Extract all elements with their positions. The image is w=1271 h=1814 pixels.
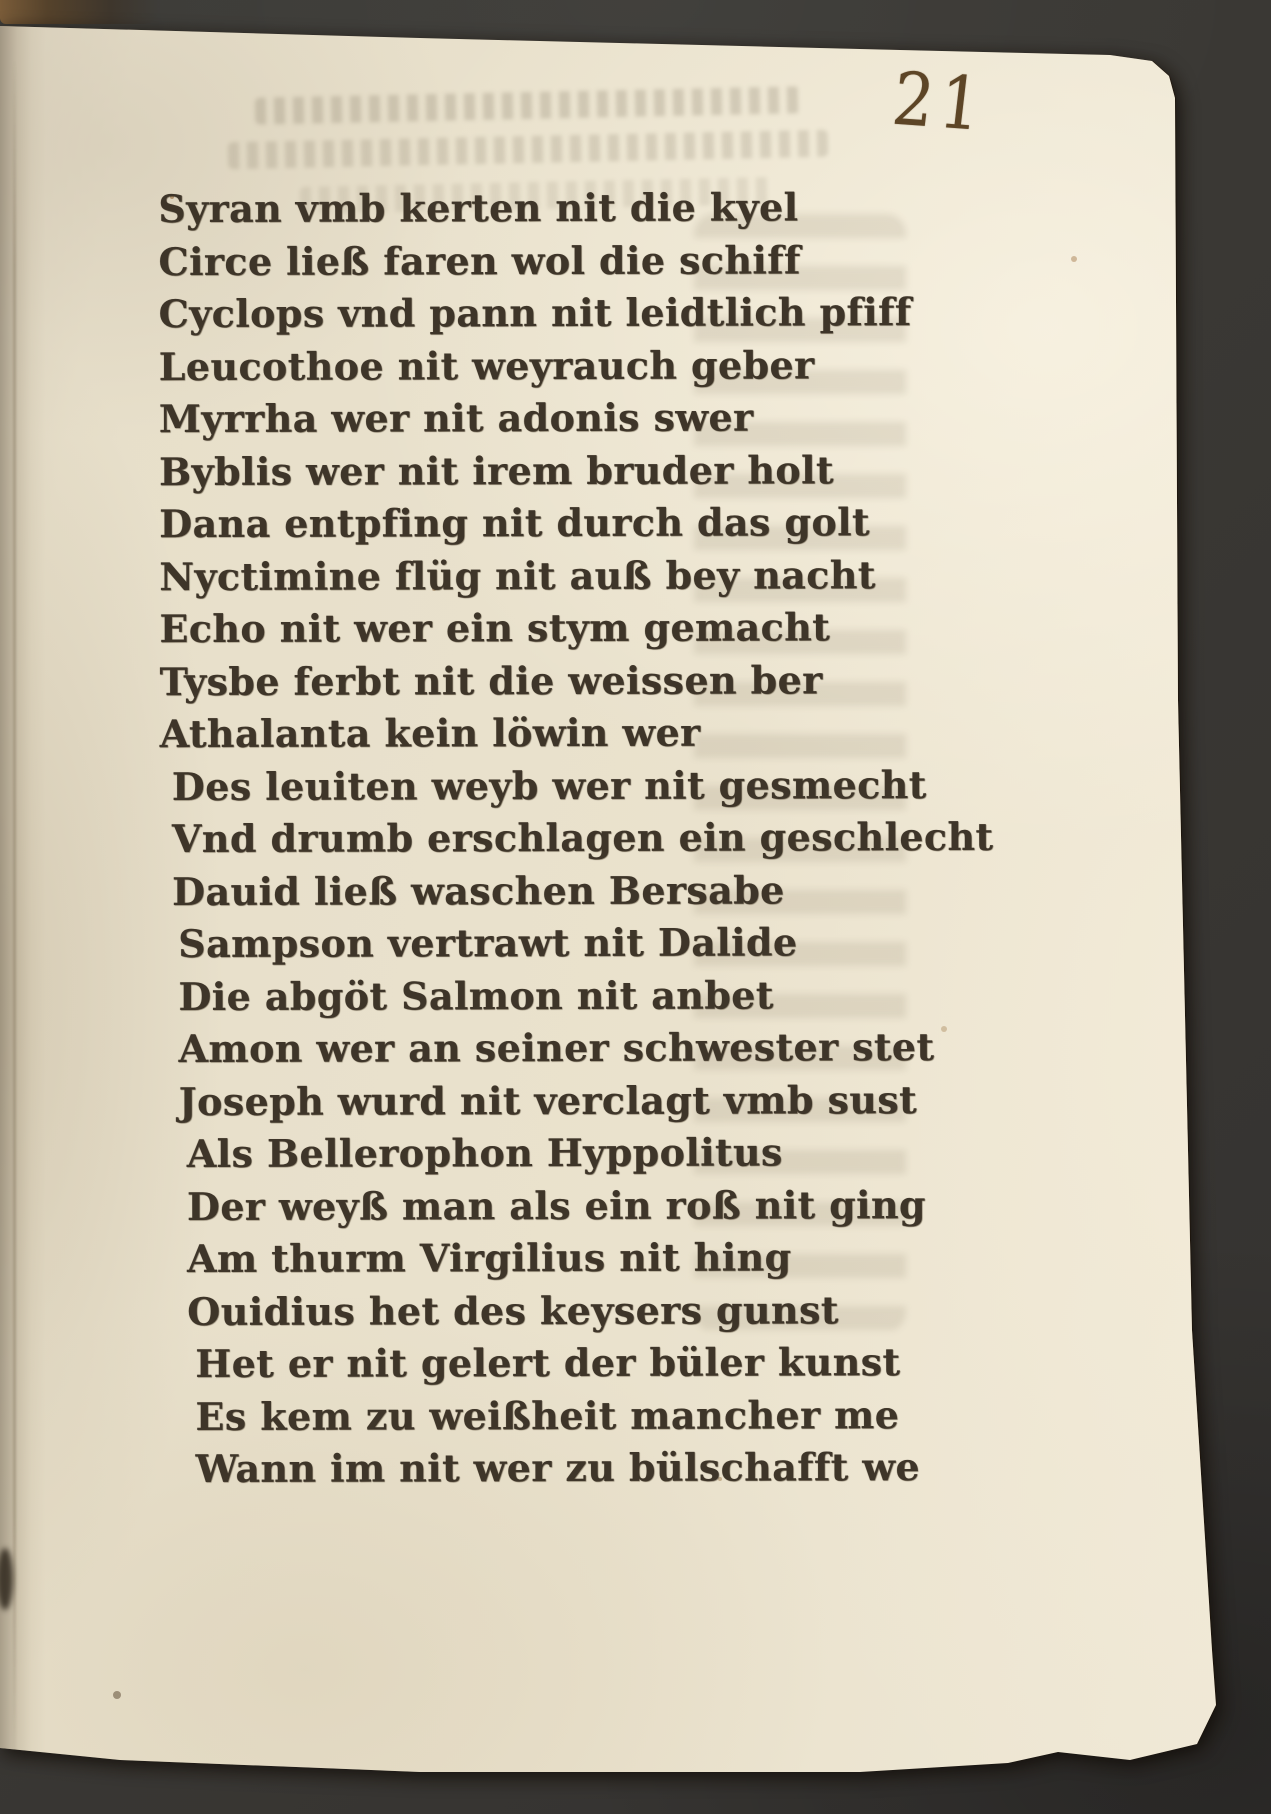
folio-number: 21: [888, 58, 991, 148]
show-through-text: [255, 86, 800, 124]
page-leaf-wrapper: 21 Syran vmb kerten nit die kyel Circe l…: [0, 0, 1271, 1814]
verse-line: Syran vmb kerten nit die kyel: [158, 181, 992, 236]
verse-line: Dauid ließ waschen Bersabe: [172, 863, 994, 918]
verse-line: Als Bellerophon Hyppolitus: [187, 1126, 995, 1181]
verse-line: Cyclops vnd pann nit leidtlich pfiff: [159, 286, 993, 341]
verse-line: Sampson vertrawt nit Dalide: [178, 916, 994, 971]
verse-line: Byblis wer nit irem bruder holt: [159, 443, 993, 498]
verse-line: Des leuiten weyb wer nit gesmecht: [172, 758, 994, 813]
verse-line: Wann im nit wer zu bülschafft we: [196, 1441, 996, 1496]
verse-line: Die abgöt Salmon nit anbet: [178, 968, 994, 1023]
verse-line: Het er nit gelert der büler kunst: [195, 1336, 995, 1391]
verse-line: Nyctimine flüg nit auß bey nacht: [159, 548, 993, 603]
verse-line: Circe ließ faren wol die schiff: [158, 233, 992, 288]
verse-line: Leucothoe nit weyrauch geber: [159, 338, 993, 393]
verse-line: Echo nit wer ein stym gemacht: [159, 601, 993, 656]
show-through-text: [228, 130, 828, 170]
gutter-crease: [13, 60, 16, 1774]
page-leaf: 21 Syran vmb kerten nit die kyel Circe l…: [0, 0, 1271, 1814]
verse-line: Ouidius het des keysers gunst: [187, 1283, 995, 1338]
verse-line: Joseph wurd nit verclagt vmb sust: [179, 1073, 995, 1128]
verse-line: Der weyß man als ein roß nit ging: [187, 1178, 995, 1233]
verse-line: Amon wer an seiner schwester stet: [178, 1021, 994, 1076]
verse-line: Tysbe ferbt nit die weissen ber: [160, 653, 994, 708]
verse-line: Athalanta kein löwin wer: [160, 706, 994, 761]
verse-line: Vnd drumb erschlagen ein geschlecht: [172, 811, 994, 866]
verse-line: Es kem zu weißheit mancher me: [195, 1388, 995, 1443]
verse-block: Syran vmb kerten nit die kyel Circe ließ…: [158, 181, 995, 1496]
verse-line: Am thurm Virgilius nit hing: [187, 1231, 995, 1286]
gutter-shadow: [0, 0, 46, 1814]
verse-line: Myrrha wer nit adonis swer: [159, 391, 993, 446]
verse-line: Dana entpfing nit durch das golt: [159, 496, 993, 551]
scan-backing: 21 Syran vmb kerten nit die kyel Circe l…: [0, 0, 1271, 1814]
